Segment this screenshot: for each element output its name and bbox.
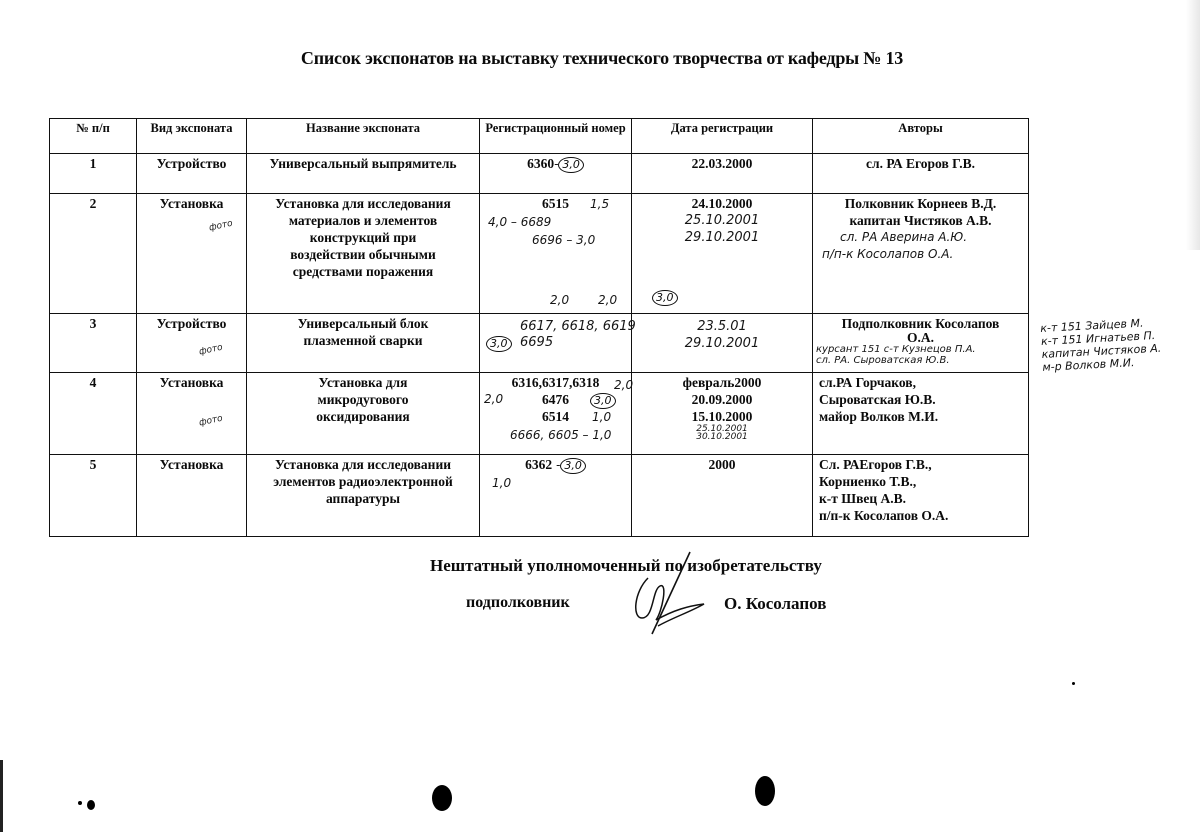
type-label: Устройство [157, 316, 227, 331]
name-line: элементов радиоэлектронной [250, 473, 476, 490]
reg-number: 6362 [525, 457, 552, 472]
punch-hole [432, 785, 452, 811]
scan-edge-shadow [1186, 0, 1200, 250]
cell-name: Универсальный блок плазменной сварки [247, 314, 480, 373]
cell-reg-number: 6362 -3,0 1,0 [480, 455, 632, 537]
signatory-rank: подполковник [466, 594, 570, 612]
handwritten-author: сл. РА Аверина А.Ю. [816, 229, 1025, 246]
reg-number: 6316,6317,6318 [483, 374, 628, 391]
handwritten-score: 3,0 [486, 336, 512, 352]
reg-number: 6360 [527, 156, 554, 171]
cell-type: Устройство [137, 154, 247, 194]
handwritten-note: 2,0 [598, 294, 617, 307]
reg-date: февраль2000 [635, 374, 809, 391]
author-line: Сыроватская Ю.В. [819, 391, 1025, 408]
cell-number: 5 [50, 455, 137, 537]
handwritten-author: сл. РА. Сыроватская Ю.В. [816, 355, 1025, 366]
handwritten-author: п/п-к Косолапов О.А. [816, 246, 1025, 263]
cell-reg-number: 6617, 6618, 6619 6695 3,0 [480, 314, 632, 373]
cell-authors: Подполковник Косолапов О.А. курсант 151 … [813, 314, 1029, 373]
cell-reg-number: 6360-3,0 [480, 154, 632, 194]
handwritten-score: 3,0 [560, 458, 586, 474]
cell-authors: Сл. РАЕгоров Г.В., Корниенко Т.В., к-т Ш… [813, 455, 1029, 537]
handwritten-author: курсант 151 с-т Кузнецов П.А. [816, 344, 1025, 355]
name-line: Универсальный блок [250, 315, 476, 332]
reg-date: 20.09.2000 [635, 391, 809, 408]
name-line: конструкций при [250, 229, 476, 246]
handwritten-signature-icon [612, 548, 722, 638]
header-type: Вид экспоната [137, 119, 247, 154]
handwritten-photo-note: фото [197, 340, 224, 362]
scan-spot [78, 801, 82, 805]
handwritten-date: 23.5.01 [635, 318, 809, 335]
name-line: аппаратуры [250, 490, 476, 507]
author-line: Сл. РАЕгоров Г.В., [819, 456, 1025, 473]
header-reg-number: Регистрационный номер [480, 119, 632, 154]
cell-date: 24.10.2000 25.10.2001 29.10.2001 3,0 [632, 194, 813, 314]
handwritten-score: 3,0 [652, 290, 678, 306]
document-title: Список экспонатов на выставку техническо… [262, 48, 942, 69]
name-line: материалов и элементов [250, 212, 476, 229]
handwritten-note: 6696 – 3,0 [532, 234, 595, 247]
type-label: Установка [160, 375, 224, 390]
cell-date: 2000 [632, 455, 813, 537]
table-row: 2 Установка фото Установка для исследова… [50, 194, 1029, 314]
handwritten-date: 25.10.2001 [635, 212, 809, 229]
author-line: к-т Швец А.В. [819, 490, 1025, 507]
scan-edge [0, 760, 3, 832]
cell-reg-number: 6316,6317,6318 6476 6514 2,0 2,0 3,0 1,0… [480, 373, 632, 455]
cell-type: Установка фото [137, 373, 247, 455]
scan-spot [1072, 682, 1075, 685]
handwritten-photo-note: фото [197, 411, 224, 433]
cell-type: Установка [137, 455, 247, 537]
name-line: оксидирования [250, 408, 476, 425]
cell-name: Установка для исследовании элементов рад… [247, 455, 480, 537]
margin-handwritten-notes: к-т 151 Зайцев М. к-т 151 Игнатьев П. ка… [1040, 314, 1200, 374]
table-header-row: № п/п Вид экспоната Название экспоната Р… [50, 119, 1029, 154]
name-line: средствами поражения [250, 263, 476, 280]
cell-date: февраль2000 20.09.2000 15.10.2000 25.10.… [632, 373, 813, 455]
name-line: плазменной сварки [250, 332, 476, 349]
cell-name: Универсальный выпрямитель [247, 154, 480, 194]
handwritten-reg-number: 6617, 6618, 6619 [520, 320, 636, 333]
name-line: Универсальный выпрямитель [250, 155, 476, 172]
table-row: 3 Устройство фото Универсальный блок пла… [50, 314, 1029, 373]
handwritten-score: 3,0 [590, 393, 616, 409]
cell-number: 2 [50, 194, 137, 314]
cell-authors: сл.РА Горчаков, Сыроватская Ю.В. майор В… [813, 373, 1029, 455]
handwritten-note: 4,0 – 6689 [488, 216, 551, 229]
header-authors: Авторы [813, 119, 1029, 154]
reg-date: 22.03.2000 [635, 155, 809, 172]
header-reg-date: Дата регистрации [632, 119, 813, 154]
cell-name: Установка для исследования материалов и … [247, 194, 480, 314]
name-line: воздействии обычными [250, 246, 476, 263]
cell-number: 4 [50, 373, 137, 455]
handwritten-reg-number: 6695 [520, 336, 553, 349]
handwritten-date: 29.10.2001 [635, 229, 809, 246]
table-row: 5 Установка Установка для исследовании э… [50, 455, 1029, 537]
scanned-document-page: Список экспонатов на выставку техническо… [0, 0, 1200, 832]
handwritten-note: 1,0 [492, 477, 511, 490]
cell-name: Установка для микродугового оксидировани… [247, 373, 480, 455]
type-label: Установка [160, 196, 224, 211]
header-number: № п/п [50, 119, 137, 154]
handwritten-date: 29.10.2001 [635, 335, 809, 352]
handwritten-note: 1,5 [590, 198, 609, 211]
cell-authors: Полковник Корнеев В.Д. капитан Чистяков … [813, 194, 1029, 314]
handwritten-photo-note: фото [207, 216, 234, 238]
table-row: 4 Установка фото Установка для микродуго… [50, 373, 1029, 455]
cell-reg-number: 6515 1,5 4,0 – 6689 6696 – 3,0 2,0 2,0 [480, 194, 632, 314]
author-line: О.А. [816, 332, 1025, 344]
cell-number: 1 [50, 154, 137, 194]
reg-date: 2000 [635, 456, 809, 473]
handwritten-score: 3,0 [558, 157, 584, 173]
author-line: п/п-к Косолапов О.А. [819, 507, 1025, 524]
reg-date: 24.10.2000 [635, 195, 809, 212]
handwritten-date: 30.10.2001 [635, 433, 809, 441]
cell-type: Устройство фото [137, 314, 247, 373]
handwritten-note: 6666, 6605 – 1,0 [510, 429, 611, 442]
cell-number: 3 [50, 314, 137, 373]
name-line: Установка для исследования [250, 195, 476, 212]
cell-date: 23.5.01 29.10.2001 [632, 314, 813, 373]
name-line: микродугового [250, 391, 476, 408]
author-line: Корниенко Т.В., [819, 473, 1025, 490]
cell-date: 22.03.2000 [632, 154, 813, 194]
author-line: капитан Чистяков А.В. [816, 212, 1025, 229]
handwritten-note: 2,0 [484, 393, 503, 406]
author-line: сл.РА Горчаков, [819, 374, 1025, 391]
reg-number: 6515 [542, 196, 569, 211]
name-line: Установка для исследовании [250, 456, 476, 473]
reg-date: 15.10.2000 [635, 408, 809, 425]
header-name: Название экспоната [247, 119, 480, 154]
cell-authors: сл. РА Егоров Г.В. [813, 154, 1029, 194]
punch-hole [755, 776, 775, 806]
handwritten-note: 2,0 [614, 379, 633, 392]
author-line: сл. РА Егоров Г.В. [816, 155, 1025, 172]
scan-spot [87, 800, 95, 810]
handwritten-note: 1,0 [592, 411, 611, 424]
handwritten-note: 2,0 [550, 294, 569, 307]
author-line: майор Волков М.И. [819, 408, 1025, 425]
exhibits-table: № п/п Вид экспоната Название экспоната Р… [49, 118, 1029, 537]
author-line: Полковник Корнеев В.Д. [816, 195, 1025, 212]
signatory-name: О. Косолапов [724, 594, 826, 614]
name-line: Установка для [250, 374, 476, 391]
cell-type: Установка фото [137, 194, 247, 314]
table-row: 1 Устройство Универсальный выпрямитель 6… [50, 154, 1029, 194]
